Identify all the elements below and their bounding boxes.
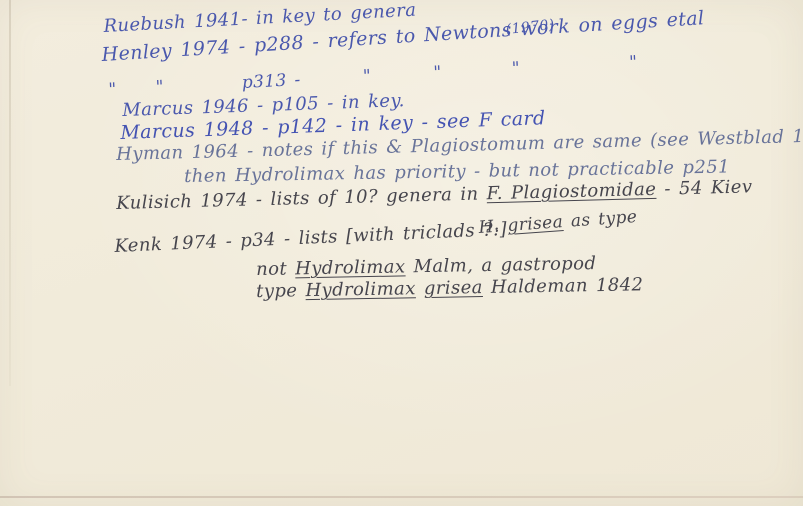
type-genus-underlined: Hydrolimax [305, 278, 416, 301]
kulisich-text-end: - 54 Kiev [656, 176, 753, 200]
not-prefix: not [256, 258, 295, 280]
family-name-underlined: F. Plagiostomidae [486, 179, 656, 204]
index-card: Ruebush 1941- in key to genera (1970) He… [0, 0, 803, 506]
type-prefix: type [256, 280, 306, 302]
note-line-kenk-1974: Kenk 1974 - p34 - lists [with triclads ?… [114, 219, 508, 257]
genus-name-underlined: Hydrolimax [295, 256, 406, 279]
kulisich-text: Kulisich 1974 - lists of 10? genera in [116, 183, 487, 214]
card-bottom-edge [0, 496, 803, 498]
species-name-underlined: grisea [507, 212, 564, 236]
type-species-underlined: grisea [424, 277, 483, 299]
h-grisea-suffix: as type [562, 207, 637, 232]
not-suffix: Malm, a gastropod [405, 253, 596, 277]
type-suffix: Haldeman 1842 [483, 274, 644, 298]
card-left-edge [9, 0, 11, 386]
